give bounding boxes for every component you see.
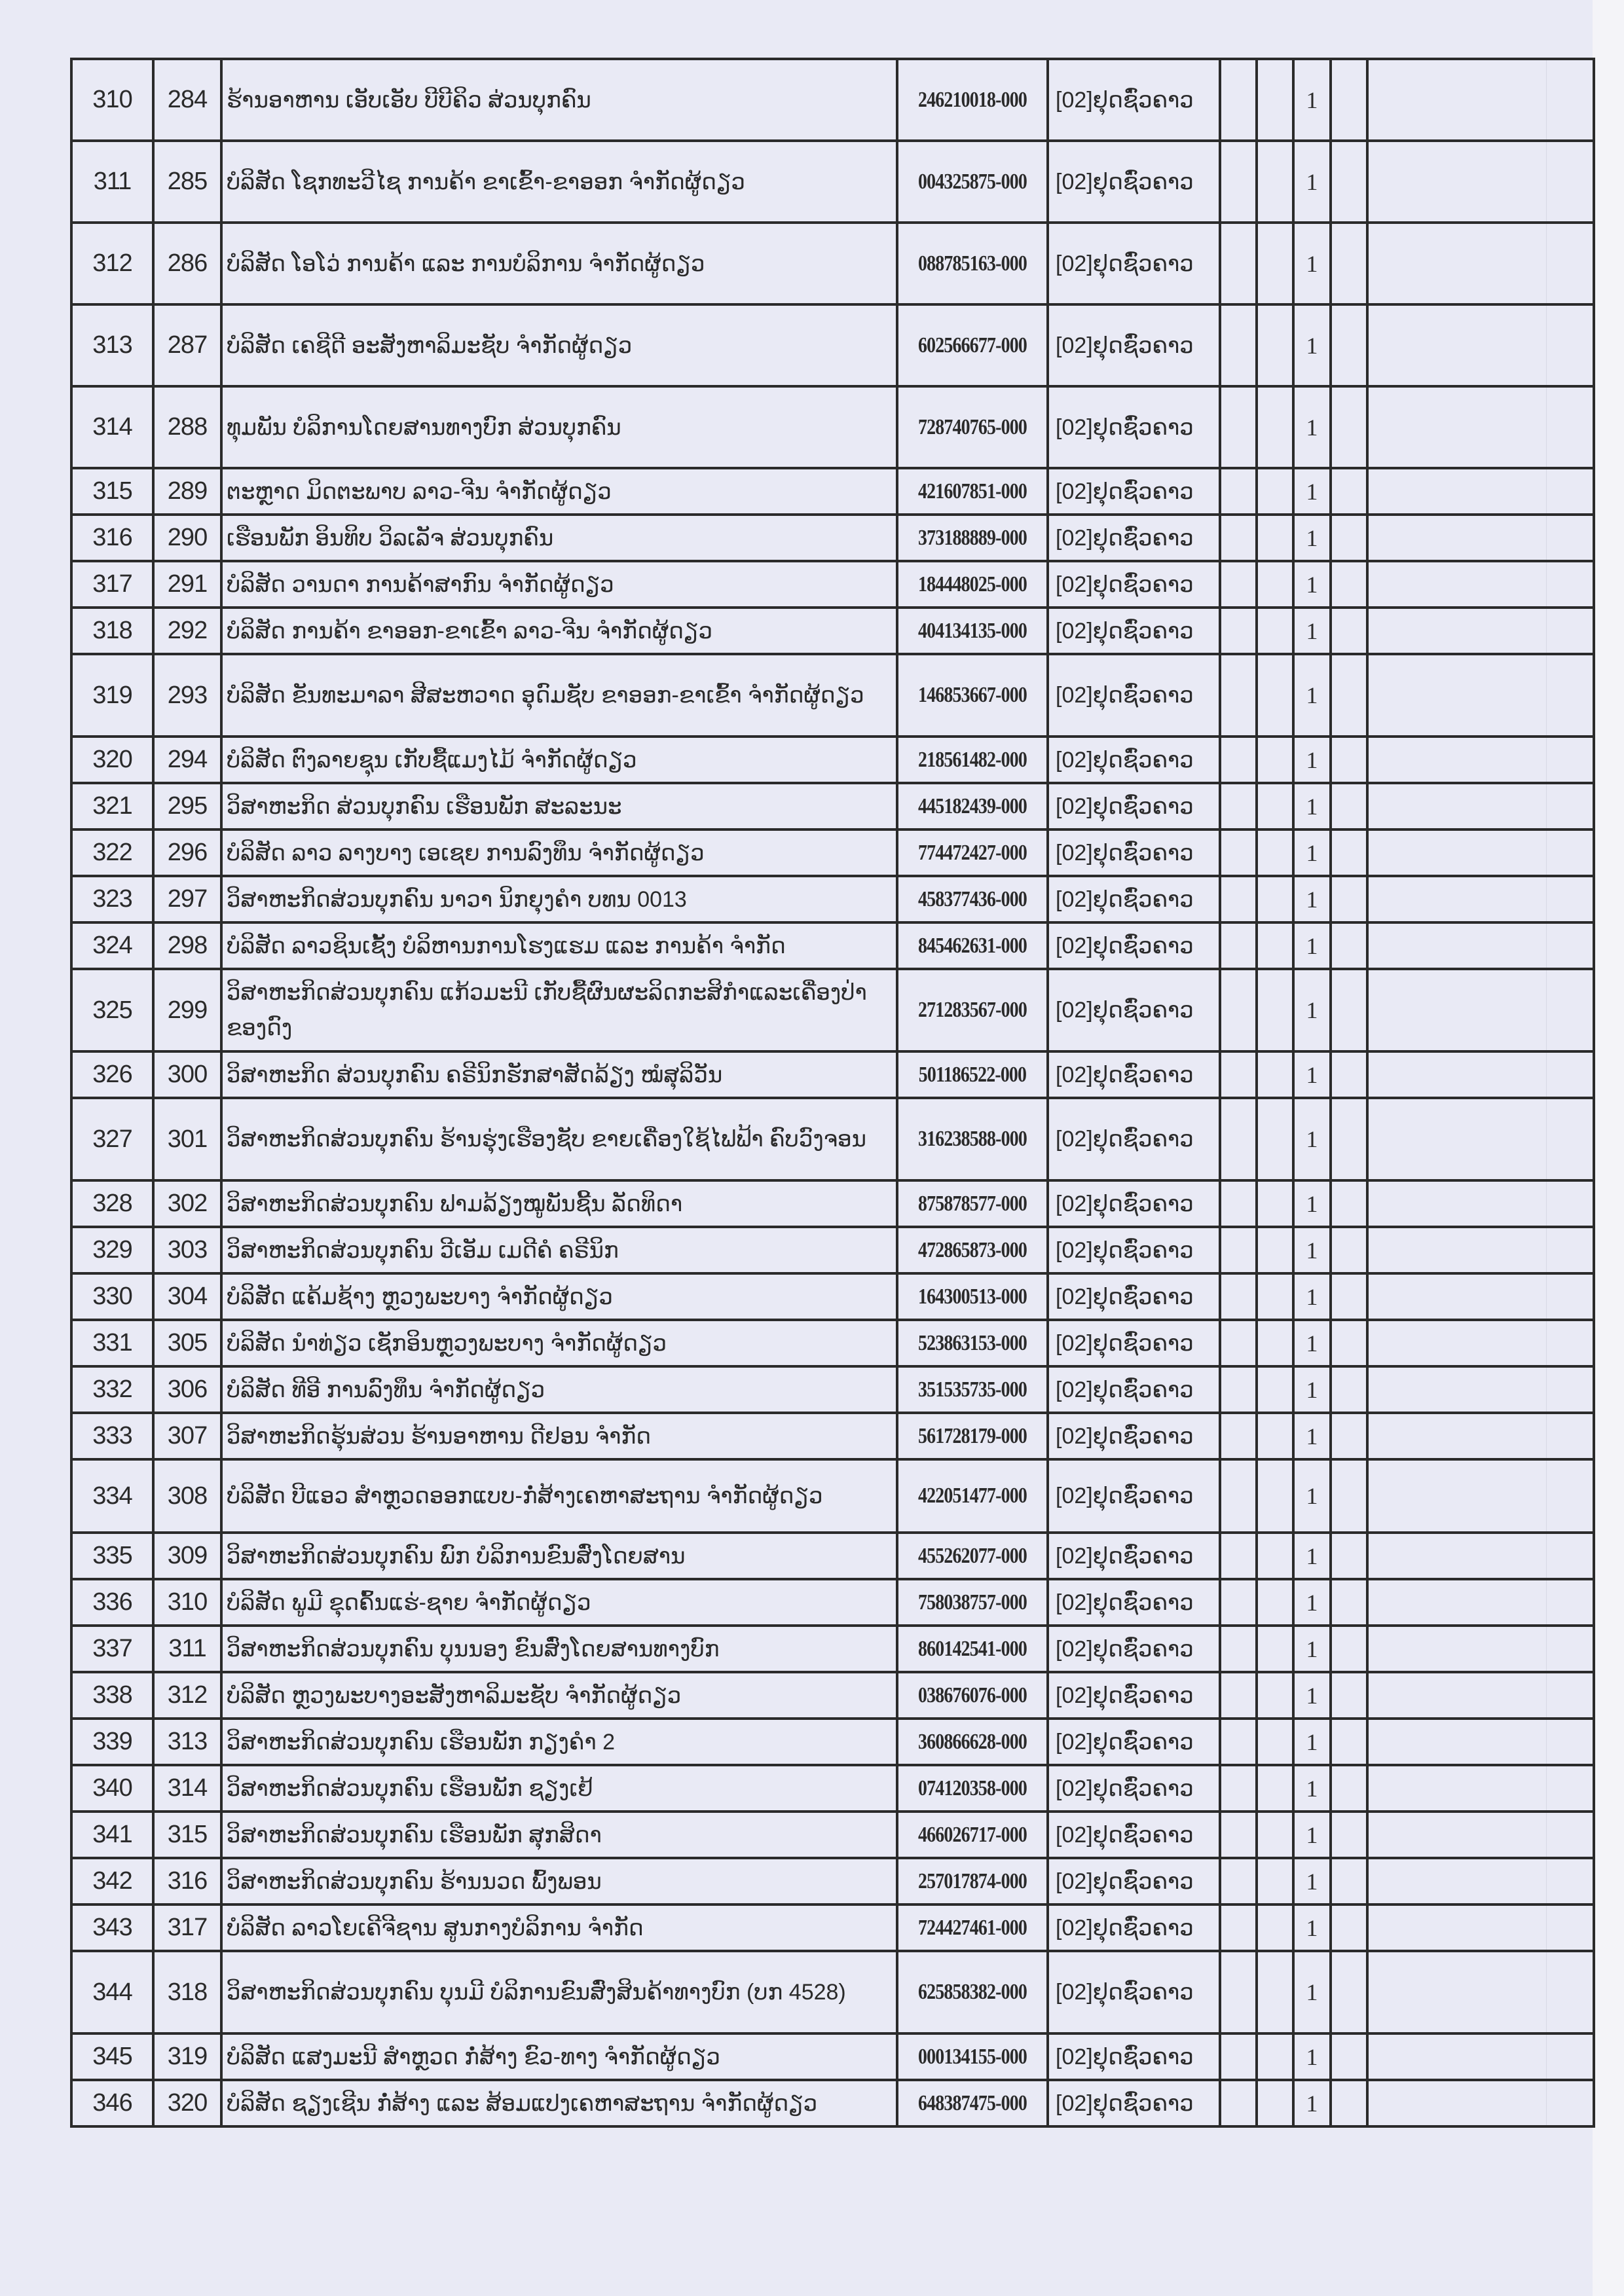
flag-col-a xyxy=(1220,1533,1257,1579)
business-name: ວິສາຫະກິດສ່ວນບຸກຄົນ ແກ້ວມະນີ ເກັບຊື້ຜົນຜ… xyxy=(221,969,897,1051)
flag-col-d xyxy=(1331,1579,1367,1626)
business-name: ບໍລິສັດ ລາວຊິນເຊັ້ງ ບໍລິຫານການໂຮງແຮມ ແລະ… xyxy=(221,922,897,969)
note-cell xyxy=(1367,1533,1594,1579)
tax-id: 501186522-000 xyxy=(911,1051,1035,1098)
status-type: [02]ຢຸດຊົ່ວຄາວ xyxy=(1048,1098,1220,1180)
table-row: 340314ວິສາຫະກິດສ່ວນບຸກຄົນ ເຮືອນພັກ ຊຽງເຢ… xyxy=(71,1765,1594,1812)
flag-col-d xyxy=(1331,1904,1367,1951)
status-type: [02]ຢຸດຊົ່ວຄາວ xyxy=(1048,2033,1220,2080)
business-name: ວິສາຫະກິດສ່ວນບຸກຄົນ ເຮືອນພັກ ກຽງຄຳ 2 xyxy=(221,1719,897,1765)
table-row: 329303ວິສາຫະກິດສ່ວນບຸກຄົນ ວີເອັມ ເມດີຄໍ … xyxy=(71,1227,1594,1273)
business-name: ເຮືອນພັກ ອິນທິບ ວິລເລັຈ ສ່ວນບຸກຄົນ xyxy=(221,515,897,561)
sequence-number: 343 xyxy=(71,1904,153,1951)
tax-id: 038676076-000 xyxy=(911,1672,1035,1719)
table-row: 332306ບໍລິສັດ ທີອີ ການລົງທຶນ ຈຳກັດຜູ້ດຽວ… xyxy=(71,1366,1594,1413)
flag-col-d xyxy=(1331,304,1367,386)
flag-col-d xyxy=(1331,386,1367,468)
flag-col-b xyxy=(1257,1812,1293,1858)
business-name: ບໍລິສັດ ລາວໂຍເຄີຈີຊານ ສູນກາງບໍລິການ ຈຳກັ… xyxy=(221,1904,897,1951)
flag-col-a xyxy=(1220,1051,1257,1098)
flag-col-d xyxy=(1331,654,1367,737)
entry-number: 311 xyxy=(153,1626,221,1672)
flag-col-b xyxy=(1257,1413,1293,1459)
flag-col-d xyxy=(1331,1719,1367,1765)
flag-col-b xyxy=(1257,223,1293,304)
table-row: 330304ບໍລິສັດ ແຄ້ມຊ້າງ ຫຼວງພະບາງ ຈຳກັດຜູ… xyxy=(71,1273,1594,1320)
entry-number: 289 xyxy=(153,468,221,515)
flag-col-c: 1 xyxy=(1293,783,1331,829)
flag-col-d xyxy=(1331,515,1367,561)
sequence-number: 340 xyxy=(71,1765,153,1812)
status-type: [02]ຢຸດຊົ່ວຄາວ xyxy=(1048,783,1220,829)
entry-number: 308 xyxy=(153,1459,221,1533)
tax-id: 422051477-000 xyxy=(911,1459,1035,1533)
table-row: 336310ບໍລິສັດ ພູມີ ຂຸດຄົ້ນແຮ່-ຊາຍ ຈຳກັດຜ… xyxy=(71,1579,1594,1626)
entry-number: 319 xyxy=(153,2033,221,2080)
table-row: 311285ບໍລິສັດ ໂຊກທະວີໄຊ ການຄ້າ ຂາເຂົ້າ-ຂ… xyxy=(71,141,1594,223)
flag-col-c: 1 xyxy=(1293,1858,1331,1904)
flag-col-d xyxy=(1331,1858,1367,1904)
flag-col-a xyxy=(1220,1098,1257,1180)
sequence-number: 325 xyxy=(71,969,153,1051)
sequence-number: 315 xyxy=(71,468,153,515)
flag-col-c: 1 xyxy=(1293,1626,1331,1672)
business-name: ວິສາຫະກິດສ່ວນບຸກຄົນ ເຮືອນພັກ ຊຽງເຢ້ xyxy=(221,1765,897,1812)
entry-number: 313 xyxy=(153,1719,221,1765)
business-name: ບໍລິສັດ ໂຊກທະວີໄຊ ການຄ້າ ຂາເຂົ້າ-ຂາອອກ ຈ… xyxy=(221,141,897,223)
flag-col-d xyxy=(1331,561,1367,608)
entry-number: 292 xyxy=(153,608,221,654)
flag-col-d xyxy=(1331,59,1367,141)
note-cell xyxy=(1367,386,1594,468)
tax-id: 728740765-000 xyxy=(911,386,1035,468)
entry-number: 299 xyxy=(153,969,221,1051)
entry-number: 315 xyxy=(153,1812,221,1858)
flag-col-d xyxy=(1331,1180,1367,1227)
tax-id: 088785163-000 xyxy=(911,223,1035,304)
flag-col-c: 1 xyxy=(1293,829,1331,876)
status-type: [02]ຢຸດຊົ່ວຄາວ xyxy=(1048,969,1220,1051)
sequence-number: 314 xyxy=(71,386,153,468)
sequence-number: 346 xyxy=(71,2080,153,2126)
flag-col-d xyxy=(1331,1051,1367,1098)
status-type: [02]ຢຸດຊົ່ວຄາວ xyxy=(1048,922,1220,969)
note-cell xyxy=(1367,829,1594,876)
status-type: [02]ຢຸດຊົ່ວຄາວ xyxy=(1048,561,1220,608)
flag-col-c: 1 xyxy=(1293,1459,1331,1533)
entry-number: 301 xyxy=(153,1098,221,1180)
flag-col-d xyxy=(1331,969,1367,1051)
table-body: 310284ຮ້ານອາຫານ ເອັບເອັບ ບີບີຄິວ ສ່ວນບຸກ… xyxy=(71,59,1594,2126)
table-row: 341315ວິສາຫະກິດສ່ວນບຸກຄົນ ເຮືອນພັກ ສຸກສິ… xyxy=(71,1812,1594,1858)
tax-id: 360866628-000 xyxy=(911,1719,1035,1765)
flag-col-b xyxy=(1257,1951,1293,2033)
table-row: 327301ວິສາຫະກິດສ່ວນບຸກຄົນ ຮ້ານຮຸ່ງເຮືອງຊ… xyxy=(71,1098,1594,1180)
entry-number: 314 xyxy=(153,1765,221,1812)
flag-col-b xyxy=(1257,1273,1293,1320)
flag-col-a xyxy=(1220,1579,1257,1626)
flag-col-d xyxy=(1331,1533,1367,1579)
sequence-number: 342 xyxy=(71,1858,153,1904)
table-row: 342316ວິສາຫະກິດສ່ວນບຸກຄົນ ຮ້ານນວດ ພົ້ງພອ… xyxy=(71,1858,1594,1904)
status-type: [02]ຢຸດຊົ່ວຄາວ xyxy=(1048,2080,1220,2126)
table-row: 325299ວິສາຫະກິດສ່ວນບຸກຄົນ ແກ້ວມະນີ ເກັບຊ… xyxy=(71,969,1594,1051)
note-cell xyxy=(1367,1413,1594,1459)
flag-col-b xyxy=(1257,1320,1293,1366)
status-type: [02]ຢຸດຊົ່ວຄາວ xyxy=(1048,829,1220,876)
status-type: [02]ຢຸດຊົ່ວຄາວ xyxy=(1048,654,1220,737)
table-row: 335309ວິສາຫະກິດສ່ວນບຸກຄົນ ພົກ ບໍລິການຂົນ… xyxy=(71,1533,1594,1579)
business-name: ບໍລິສັດ ຕົງລາຍຊຸນ ເກັບຊື້ແມງໄມ້ ຈຳກັດຜູ້… xyxy=(221,737,897,783)
entry-number: 300 xyxy=(153,1051,221,1098)
flag-col-b xyxy=(1257,608,1293,654)
flag-col-c: 1 xyxy=(1293,654,1331,737)
flag-col-a xyxy=(1220,561,1257,608)
flag-col-c: 1 xyxy=(1293,1098,1331,1180)
flag-col-b xyxy=(1257,829,1293,876)
entry-number: 293 xyxy=(153,654,221,737)
flag-col-a xyxy=(1220,1765,1257,1812)
flag-col-a xyxy=(1220,922,1257,969)
table-row: 337311ວິສາຫະກິດສ່ວນບຸກຄົນ ບຸນນອງ ຂົນສົ່ງ… xyxy=(71,1626,1594,1672)
business-registry-table: 310284ຮ້ານອາຫານ ເອັບເອັບ ບີບີຄິວ ສ່ວນບຸກ… xyxy=(70,58,1595,2128)
flag-col-a xyxy=(1220,141,1257,223)
flag-col-a xyxy=(1220,1459,1257,1533)
sequence-number: 322 xyxy=(71,829,153,876)
tax-id: 218561482-000 xyxy=(911,737,1035,783)
note-cell xyxy=(1367,1366,1594,1413)
flag-col-c: 1 xyxy=(1293,468,1331,515)
entry-number: 306 xyxy=(153,1366,221,1413)
flag-col-b xyxy=(1257,1051,1293,1098)
note-cell xyxy=(1367,2080,1594,2126)
flag-col-d xyxy=(1331,1320,1367,1366)
flag-col-c: 1 xyxy=(1293,141,1331,223)
status-type: [02]ຢຸດຊົ່ວຄາວ xyxy=(1048,1459,1220,1533)
sequence-number: 317 xyxy=(71,561,153,608)
flag-col-a xyxy=(1220,1413,1257,1459)
status-type: [02]ຢຸດຊົ່ວຄາວ xyxy=(1048,1273,1220,1320)
flag-col-a xyxy=(1220,1719,1257,1765)
sequence-number: 344 xyxy=(71,1951,153,2033)
flag-col-d xyxy=(1331,1098,1367,1180)
tax-id: 421607851-000 xyxy=(911,468,1035,515)
entry-number: 297 xyxy=(153,876,221,922)
note-cell xyxy=(1367,876,1594,922)
flag-col-a xyxy=(1220,304,1257,386)
status-type: [02]ຢຸດຊົ່ວຄາວ xyxy=(1048,1413,1220,1459)
note-cell xyxy=(1367,1672,1594,1719)
flag-col-c: 1 xyxy=(1293,1180,1331,1227)
business-name: ທຸມພັນ ບໍລິການໂດຍສານທາງບົກ ສ່ວນບຸກຄົນ xyxy=(221,386,897,468)
status-type: [02]ຢຸດຊົ່ວຄາວ xyxy=(1048,304,1220,386)
tax-id: 758038757-000 xyxy=(911,1579,1035,1626)
status-type: [02]ຢຸດຊົ່ວຄາວ xyxy=(1048,1051,1220,1098)
status-type: [02]ຢຸດຊົ່ວຄາວ xyxy=(1048,1904,1220,1951)
note-cell xyxy=(1367,141,1594,223)
entry-number: 312 xyxy=(153,1672,221,1719)
flag-col-a xyxy=(1220,1672,1257,1719)
table-row: 338312ບໍລິສັດ ຫຼວງພະບາງອະສັງຫາລິມະຊັບ ຈຳ… xyxy=(71,1672,1594,1719)
note-cell xyxy=(1367,608,1594,654)
status-type: [02]ຢຸດຊົ່ວຄາວ xyxy=(1048,1858,1220,1904)
flag-col-b xyxy=(1257,783,1293,829)
status-type: [02]ຢຸດຊົ່ວຄາວ xyxy=(1048,1672,1220,1719)
flag-col-b xyxy=(1257,2033,1293,2080)
flag-col-a xyxy=(1220,1180,1257,1227)
tax-id: 523863153-000 xyxy=(911,1320,1035,1366)
flag-col-b xyxy=(1257,1719,1293,1765)
sequence-number: 338 xyxy=(71,1672,153,1719)
entry-number: 285 xyxy=(153,141,221,223)
sequence-number: 333 xyxy=(71,1413,153,1459)
business-name: ບໍລິສັດ ແສງມະນີ ສຳຫຼວດ ກໍ່ສ້າງ ຂົວ-ທາງ ຈ… xyxy=(221,2033,897,2080)
flag-col-d xyxy=(1331,468,1367,515)
status-type: [02]ຢຸດຊົ່ວຄາວ xyxy=(1048,1765,1220,1812)
note-cell xyxy=(1367,1098,1594,1180)
sequence-number: 310 xyxy=(71,59,153,141)
flag-col-c: 1 xyxy=(1293,1951,1331,2033)
note-cell xyxy=(1367,737,1594,783)
sequence-number: 334 xyxy=(71,1459,153,1533)
note-cell xyxy=(1367,1858,1594,1904)
status-type: [02]ຢຸດຊົ່ວຄາວ xyxy=(1048,515,1220,561)
tax-id: 000134155-000 xyxy=(911,2033,1035,2080)
table-row: 315289ຕະຫຼາດ ມິດຕະພາບ ລາວ-ຈີນ ຈຳກັດຜູ້ດຽ… xyxy=(71,468,1594,515)
flag-col-b xyxy=(1257,386,1293,468)
table-row: 339313ວິສາຫະກິດສ່ວນບຸກຄົນ ເຮືອນພັກ ກຽງຄຳ… xyxy=(71,1719,1594,1765)
table-row: 310284ຮ້ານອາຫານ ເອັບເອັບ ບີບີຄິວ ສ່ວນບຸກ… xyxy=(71,59,1594,141)
flag-col-c: 1 xyxy=(1293,1273,1331,1320)
status-type: [02]ຢຸດຊົ່ວຄາວ xyxy=(1048,1579,1220,1626)
flag-col-b xyxy=(1257,1098,1293,1180)
entry-number: 307 xyxy=(153,1413,221,1459)
flag-col-d xyxy=(1331,876,1367,922)
entry-number: 294 xyxy=(153,737,221,783)
flag-col-a xyxy=(1220,608,1257,654)
sequence-number: 332 xyxy=(71,1366,153,1413)
flag-col-d xyxy=(1331,1273,1367,1320)
flag-col-b xyxy=(1257,969,1293,1051)
flag-col-b xyxy=(1257,515,1293,561)
flag-col-c: 1 xyxy=(1293,737,1331,783)
flag-col-b xyxy=(1257,1765,1293,1812)
business-name: ວິສາຫະກິດສ່ວນບຸກຄົນ ຮ້ານນວດ ພົ້ງພອນ xyxy=(221,1858,897,1904)
entry-number: 316 xyxy=(153,1858,221,1904)
sequence-number: 326 xyxy=(71,1051,153,1098)
table-row: 318292ບໍລິສັດ ການຄ້າ ຂາອອກ-ຂາເຂົ້າ ລາວ-ຈ… xyxy=(71,608,1594,654)
entry-number: 303 xyxy=(153,1227,221,1273)
flag-col-b xyxy=(1257,922,1293,969)
flag-col-d xyxy=(1331,783,1367,829)
entry-number: 305 xyxy=(153,1320,221,1366)
tax-id: 184448025-000 xyxy=(911,561,1035,608)
business-name: ວິສາຫະກິດສ່ວນບຸກຄົນ ບຸນນອງ ຂົນສົ່ງໂດຍສານ… xyxy=(221,1626,897,1672)
business-name: ວິສາຫະກິດ ສ່ວນບຸກຄົນ ຄຣີນິກຮັກສາສັດລ້ຽງ … xyxy=(221,1051,897,1098)
note-cell xyxy=(1367,783,1594,829)
flag-col-b xyxy=(1257,1459,1293,1533)
sequence-number: 341 xyxy=(71,1812,153,1858)
flag-col-c: 1 xyxy=(1293,1672,1331,1719)
flag-col-d xyxy=(1331,1951,1367,2033)
sequence-number: 321 xyxy=(71,783,153,829)
entry-number: 286 xyxy=(153,223,221,304)
business-name: ບໍລິສັດ ໂອໂວ່ ການຄ້າ ແລະ ການບໍລິການ ຈຳກັ… xyxy=(221,223,897,304)
flag-col-a xyxy=(1220,1951,1257,2033)
flag-col-a xyxy=(1220,829,1257,876)
sequence-number: 345 xyxy=(71,2033,153,2080)
flag-col-c: 1 xyxy=(1293,1579,1331,1626)
tax-id: 860142541-000 xyxy=(911,1626,1035,1672)
note-cell xyxy=(1367,468,1594,515)
business-name: ບໍລິສັດ ການຄ້າ ຂາອອກ-ຂາເຂົ້າ ລາວ-ຈີນ ຈຳກ… xyxy=(221,608,897,654)
status-type: [02]ຢຸດຊົ່ວຄາວ xyxy=(1048,1719,1220,1765)
sequence-number: 316 xyxy=(71,515,153,561)
flag-col-a xyxy=(1220,386,1257,468)
flag-col-b xyxy=(1257,59,1293,141)
flag-col-a xyxy=(1220,969,1257,1051)
note-cell xyxy=(1367,304,1594,386)
sequence-number: 329 xyxy=(71,1227,153,1273)
note-cell xyxy=(1367,2033,1594,2080)
flag-col-d xyxy=(1331,2033,1367,2080)
table-row: 324298ບໍລິສັດ ລາວຊິນເຊັ້ງ ບໍລິຫານການໂຮງແ… xyxy=(71,922,1594,969)
flag-col-b xyxy=(1257,1227,1293,1273)
entry-number: 290 xyxy=(153,515,221,561)
tax-id: 351535735-000 xyxy=(911,1366,1035,1413)
sequence-number: 324 xyxy=(71,922,153,969)
tax-id: 458377436-000 xyxy=(911,876,1035,922)
flag-col-b xyxy=(1257,468,1293,515)
entry-number: 318 xyxy=(153,1951,221,2033)
business-name: ບໍລິສັດ ເຄຊີດີ ອະສັງຫາລິມະຊັບ ຈຳກັດຜູ້ດຽ… xyxy=(221,304,897,386)
table-row: 326300ວິສາຫະກິດ ສ່ວນບຸກຄົນ ຄຣີນິກຮັກສາສັ… xyxy=(71,1051,1594,1098)
entry-number: 287 xyxy=(153,304,221,386)
note-cell xyxy=(1367,969,1594,1051)
note-cell xyxy=(1367,1459,1594,1533)
note-cell xyxy=(1367,1951,1594,2033)
status-type: [02]ຢຸດຊົ່ວຄາວ xyxy=(1048,1320,1220,1366)
flag-col-d xyxy=(1331,141,1367,223)
flag-col-d xyxy=(1331,922,1367,969)
flag-col-b xyxy=(1257,1858,1293,1904)
business-name: ບໍລິສັດ ພູມີ ຂຸດຄົ້ນແຮ່-ຊາຍ ຈຳກັດຜູ້ດຽວ xyxy=(221,1579,897,1626)
table-row: 333307ວິສາຫະກິດຮຸ້ນສ່ວນ ຮ້ານອາຫານ ດີຢອນ … xyxy=(71,1413,1594,1459)
flag-col-b xyxy=(1257,1533,1293,1579)
business-name: ວິສາຫະກິດສ່ວນບຸກຄົນ ວີເອັມ ເມດີຄໍ ຄຣີນິກ xyxy=(221,1227,897,1273)
tax-id: 724427461-000 xyxy=(911,1904,1035,1951)
table-row: 343317ບໍລິສັດ ລາວໂຍເຄີຈີຊານ ສູນກາງບໍລິກາ… xyxy=(71,1904,1594,1951)
flag-col-a xyxy=(1220,1227,1257,1273)
sequence-number: 318 xyxy=(71,608,153,654)
business-name: ບໍລິສັດ ແຄ້ມຊ້າງ ຫຼວງພະບາງ ຈຳກັດຜູ້ດຽວ xyxy=(221,1273,897,1320)
flag-col-a xyxy=(1220,1904,1257,1951)
note-cell xyxy=(1367,561,1594,608)
flag-col-d xyxy=(1331,1413,1367,1459)
business-name: ວິສາຫະກິດຮຸ້ນສ່ວນ ຮ້ານອາຫານ ດີຢອນ ຈຳກັດ xyxy=(221,1413,897,1459)
table-row: 345319ບໍລິສັດ ແສງມະນີ ສຳຫຼວດ ກໍ່ສ້າງ ຂົວ… xyxy=(71,2033,1594,2080)
sequence-number: 327 xyxy=(71,1098,153,1180)
status-type: [02]ຢຸດຊົ່ວຄາວ xyxy=(1048,386,1220,468)
note-cell xyxy=(1367,922,1594,969)
flag-col-d xyxy=(1331,223,1367,304)
note-cell xyxy=(1367,1051,1594,1098)
flag-col-d xyxy=(1331,1812,1367,1858)
note-cell xyxy=(1367,1812,1594,1858)
status-type: [02]ຢຸດຊົ່ວຄາວ xyxy=(1048,1951,1220,2033)
status-type: [02]ຢຸດຊົ່ວຄາວ xyxy=(1048,141,1220,223)
flag-col-c: 1 xyxy=(1293,922,1331,969)
flag-col-c: 1 xyxy=(1293,1904,1331,1951)
table-row: 322296ບໍລິສັດ ລາວ ລາງບາງ ເອເຊຍ ການລົງທຶນ… xyxy=(71,829,1594,876)
entry-number: 317 xyxy=(153,1904,221,1951)
business-name: ວິສາຫະກິດ ສ່ວນບຸກຄົນ ເຮືອນພັກ ສະລະນະ xyxy=(221,783,897,829)
flag-col-c: 1 xyxy=(1293,2080,1331,2126)
flag-col-b xyxy=(1257,1180,1293,1227)
note-cell xyxy=(1367,1320,1594,1366)
flag-col-b xyxy=(1257,304,1293,386)
entry-number: 298 xyxy=(153,922,221,969)
business-name: ບໍລິສັດ ບີແອວ ສຳຫຼວດອອກແບບ-ກໍ່ສ້າງເຄຫາສະ… xyxy=(221,1459,897,1533)
flag-col-b xyxy=(1257,737,1293,783)
business-name: ຮ້ານອາຫານ ເອັບເອັບ ບີບີຄິວ ສ່ວນບຸກຄົນ xyxy=(221,59,897,141)
tax-id: 845462631-000 xyxy=(911,922,1035,969)
flag-col-c: 1 xyxy=(1293,304,1331,386)
sequence-number: 339 xyxy=(71,1719,153,1765)
business-name: ວິສາຫະກິດສ່ວນບຸກຄົນ ເຮືອນພັກ ສຸກສິດາ xyxy=(221,1812,897,1858)
entry-number: 310 xyxy=(153,1579,221,1626)
sequence-number: 337 xyxy=(71,1626,153,1672)
sequence-number: 323 xyxy=(71,876,153,922)
flag-col-b xyxy=(1257,1366,1293,1413)
tax-id: 648387475-000 xyxy=(911,2080,1035,2126)
tax-id: 875878577-000 xyxy=(911,1180,1035,1227)
status-type: [02]ຢຸດຊົ່ວຄາວ xyxy=(1048,1227,1220,1273)
table-row: 321295ວິສາຫະກິດ ສ່ວນບຸກຄົນ ເຮືອນພັກ ສະລະ… xyxy=(71,783,1594,829)
flag-col-d xyxy=(1331,608,1367,654)
tax-id: 373188889-000 xyxy=(911,515,1035,561)
flag-col-d xyxy=(1331,1459,1367,1533)
table-row: 344318ວິສາຫະກິດສ່ວນບຸກຄົນ ບຸນມີ ບໍລິການຂ… xyxy=(71,1951,1594,2033)
flag-col-c: 1 xyxy=(1293,59,1331,141)
table-row: 331305ບໍລິສັດ ນຳທ່ຽວ ເຊັກອິນຫຼວງພະບາງ ຈຳ… xyxy=(71,1320,1594,1366)
business-name: ວິສາຫະກິດສ່ວນບຸກຄົນ ຟາມລ້ຽງໝູພັນຊີ້ນ ລັດ… xyxy=(221,1180,897,1227)
note-cell xyxy=(1367,1626,1594,1672)
tax-id: 074120358-000 xyxy=(911,1765,1035,1812)
tax-id: 466026717-000 xyxy=(911,1812,1035,1858)
tax-id: 625858382-000 xyxy=(911,1951,1035,2033)
flag-col-c: 1 xyxy=(1293,515,1331,561)
flag-col-d xyxy=(1331,829,1367,876)
entry-number: 320 xyxy=(153,2080,221,2126)
flag-col-a xyxy=(1220,515,1257,561)
note-cell xyxy=(1367,1579,1594,1626)
sequence-number: 320 xyxy=(71,737,153,783)
flag-col-b xyxy=(1257,876,1293,922)
sequence-number: 312 xyxy=(71,223,153,304)
tax-id: 164300513-000 xyxy=(911,1273,1035,1320)
flag-col-a xyxy=(1220,654,1257,737)
flag-col-a xyxy=(1220,1812,1257,1858)
flag-col-a xyxy=(1220,2080,1257,2126)
table-row: 317291ບໍລິສັດ ວານດາ ການຄ້າສາກົນ ຈຳກັດຜູ້… xyxy=(71,561,1594,608)
sequence-number: 311 xyxy=(71,141,153,223)
business-name: ບໍລິສັດ ທີອີ ການລົງທຶນ ຈຳກັດຜູ້ດຽວ xyxy=(221,1366,897,1413)
business-name: ບໍລິສັດ ຂັນທະມາລາ ສີສະຫວາດ ອຸດົມຊັບ ຂາອອ… xyxy=(221,654,897,737)
business-name: ຕະຫຼາດ ມິດຕະພາບ ລາວ-ຈີນ ຈຳກັດຜູ້ດຽວ xyxy=(221,468,897,515)
flag-col-c: 1 xyxy=(1293,1320,1331,1366)
flag-col-b xyxy=(1257,1904,1293,1951)
